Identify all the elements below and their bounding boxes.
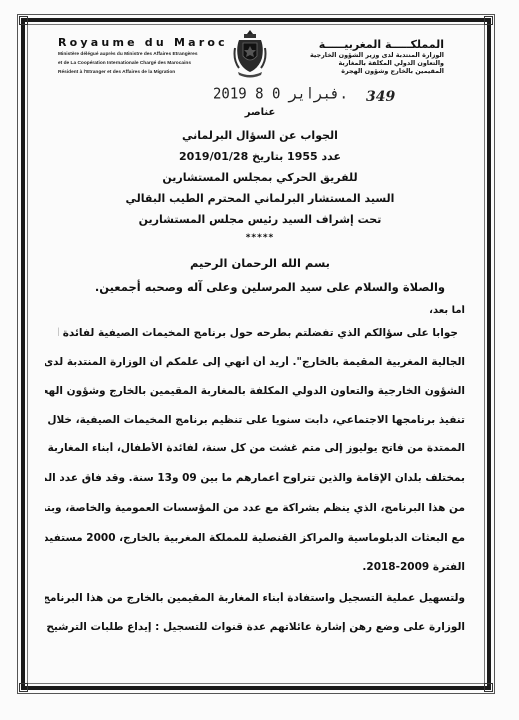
heading-title: الجواب عن السؤال البرلماني xyxy=(60,129,460,142)
paragraph-line: تنفيذ برنامجها الاجتماعي، دأبت سنويا على… xyxy=(45,414,465,426)
amma-baad: أما بعد، xyxy=(45,305,465,316)
frame-corner-ornament xyxy=(484,16,493,25)
frame-corner-ornament xyxy=(19,16,28,25)
paragraph-line: الوزارة على وضع رهن إشارة عائلاتهم عدة ق… xyxy=(45,621,465,633)
paragraph-line: جوابا على سؤالكم الذي تفضلتم بطرحه حول ب… xyxy=(58,327,458,339)
frame-corner-ornament xyxy=(484,683,493,692)
parliamentary-group: للفريق الحركي بمجلس المستشارين xyxy=(60,171,460,184)
letterhead-ar-line: والتعاون الدولي المكلفة بالمغاربة xyxy=(294,59,444,67)
letterhead-french: Royaume du Maroc Ministère délégué auprè… xyxy=(58,36,230,76)
frame-corner-ornament xyxy=(19,683,28,692)
paragraph-line: الممتدة من فاتح يوليوز إلى متم غشت من كل… xyxy=(45,442,465,454)
paragraph-line: الجالية المغربية المقيمة بالخارج". أريد … xyxy=(45,356,465,368)
paragraph-line: من هذا البرنامج، الذي ينظم بشراكة مع عدد… xyxy=(45,502,465,514)
supervision-line: تحت إشراف السيد رئيس مجلس المستشارين xyxy=(60,213,460,226)
letterhead-fr-title: Royaume du Maroc xyxy=(58,36,230,49)
letterhead-ar-title: المملكـــــة المغربيـــــة xyxy=(294,38,444,51)
letterhead-fr-line: Ministère délégué auprès du Ministre des… xyxy=(58,51,230,58)
basmala: بسم الله الرحمان الرحيم xyxy=(60,256,460,270)
letterhead-ar-line: الوزارة المنتدبة لدى وزير الشؤون الخارجي… xyxy=(294,51,444,59)
letterhead-fr-line: et de La Coopération Internationale Char… xyxy=(58,60,230,67)
paragraph-line: مع البعثات الدبلوماسية والمراكز القنصلية… xyxy=(45,532,465,544)
reference-number-stamp: 349 xyxy=(366,89,395,105)
paragraph-line: الفترة 2009-2018. xyxy=(45,561,465,573)
paragraph-line: الشؤون الخارجية والتعاون الدولي المكلفة … xyxy=(45,385,465,397)
letterhead-ar-line: المقيمين بالخارج وشؤون الهجرة xyxy=(294,67,444,75)
letterhead-arabic: المملكـــــة المغربيـــــة الوزارة المنت… xyxy=(294,38,444,75)
addressee: السيد المستشار البرلماني المحترم الطيب ا… xyxy=(60,192,460,205)
coat-of-arms-icon xyxy=(233,28,267,78)
paragraph-line: ولتسهيل عملية التسجيل واستفادة أبناء الم… xyxy=(45,592,465,604)
salutation: والصلاة والسلام على سيد المرسلين وعلى آل… xyxy=(70,280,470,294)
document-page: Royaume du Maroc Ministère délégué auprè… xyxy=(0,0,519,720)
date-stamp: 2019 فبراير 0 8. xyxy=(213,85,348,103)
heading-label: عناصر xyxy=(60,107,460,118)
letterhead-fr-line: Résident à l'Etranger et des Affaires de… xyxy=(58,69,230,76)
paragraph-line: بمختلف بلدان الإقامة والذين تتراوح أعمار… xyxy=(45,472,465,484)
question-reference: عدد 1955 بتاريخ 2019/01/28 xyxy=(60,150,460,163)
frame-inner-line xyxy=(27,24,485,684)
separator-stars: ***** xyxy=(60,233,460,243)
